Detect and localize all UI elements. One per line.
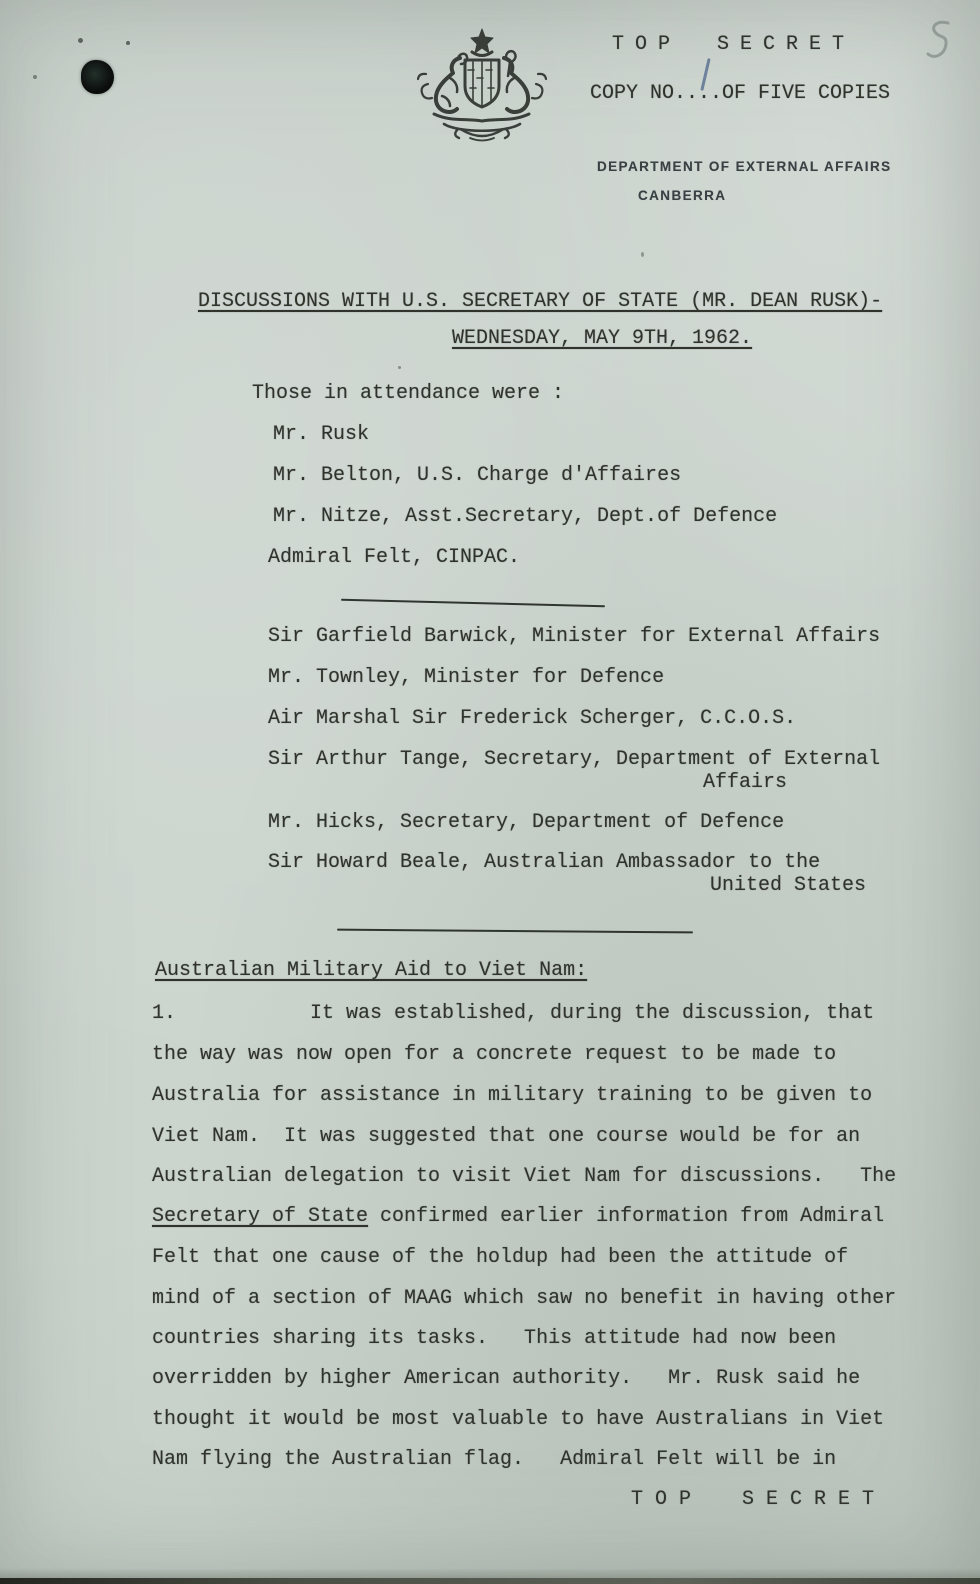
attendee-line: Sir Garfield Barwick, Minister for Exter… <box>268 626 880 648</box>
underlined-phrase: Secretary of State <box>152 1205 368 1228</box>
letterhead-city: CANBERRA <box>638 188 726 203</box>
paragraph-number: 1. <box>152 1003 176 1025</box>
attendee-line: Mr. Hicks, Secretary, Department of Defe… <box>268 812 784 834</box>
paragraph-line: Viet Nam. It was suggested that one cour… <box>152 1126 860 1148</box>
page-bottom-shadow <box>0 1568 980 1578</box>
attendee-line: Mr. Belton, U.S. Charge d'Affaires <box>273 465 681 487</box>
paragraph-line: mind of a section of MAAG which saw no b… <box>152 1288 896 1310</box>
copy-number-line: COPY NO....OF FIVE COPIES <box>590 83 890 105</box>
letterhead-department: DEPARTMENT OF EXTERNAL AFFAIRS <box>597 159 892 174</box>
paragraph-line: thought it would be most valuable to hav… <box>152 1409 884 1431</box>
paragraph-line: Secretary of State confirmed earlier inf… <box>152 1206 884 1228</box>
attendee-line: Mr. Rusk <box>273 424 369 446</box>
classification-bottom: TOP SECRET <box>631 1489 886 1511</box>
attendee-line: Air Marshal Sir Frederick Scherger, C.C.… <box>268 708 796 730</box>
attendee-line-continuation: United States <box>710 875 866 897</box>
attendee-line: Sir Howard Beale, Australian Ambassador … <box>268 852 820 874</box>
paragraph-line: Nam flying the Australian flag. Admiral … <box>152 1449 836 1471</box>
paper-speck <box>641 252 644 257</box>
attendee-line: Mr. Townley, Minister for Defence <box>268 667 664 689</box>
section-divider <box>337 929 693 934</box>
paragraph-line: Felt that one cause of the holdup had be… <box>152 1247 848 1269</box>
attendee-line: Sir Arthur Tange, Secretary, Department … <box>268 749 880 771</box>
document-title-line2: WEDNESDAY, MAY 9TH, 1962. <box>452 328 752 350</box>
paragraph-line: Australian delegation to visit Viet Nam … <box>152 1166 896 1188</box>
section-heading: Australian Military Aid to Viet Nam: <box>155 960 587 982</box>
page-bottom-edge <box>0 1578 980 1584</box>
punch-hole <box>81 60 114 94</box>
attendance-intro: Those in attendance were : <box>252 383 564 405</box>
paragraph-line: It was established, during the discussio… <box>310 1003 874 1025</box>
document-page: TOP SECRET COPY NO....OF FIVE COPIES DEP… <box>0 0 980 1584</box>
attendee-line: Admiral Felt, CINPAC. <box>268 547 520 569</box>
paragraph-line: the way was now open for a concrete requ… <box>152 1044 836 1066</box>
attendee-line-continuation: Affairs <box>703 772 787 794</box>
paragraph-line: overridden by higher American authority.… <box>152 1368 860 1390</box>
paper-speck <box>398 366 401 369</box>
attendee-line: Mr. Nitze, Asst.Secretary, Dept.of Defen… <box>273 506 777 528</box>
paper-speck <box>77 37 84 44</box>
document-title-line1: DISCUSSIONS WITH U.S. SECRETARY OF STATE… <box>198 291 882 313</box>
paragraph-line: countries sharing its tasks. This attitu… <box>152 1328 836 1350</box>
paragraph-line-rest: confirmed earlier information from Admir… <box>368 1205 884 1228</box>
paragraph-line: Australia for assistance in military tra… <box>152 1085 872 1107</box>
classification-top: TOP SECRET <box>612 34 855 56</box>
section-divider <box>341 599 605 608</box>
australian-coat-of-arms-icon <box>406 26 558 148</box>
handwritten-page-mark <box>922 18 956 64</box>
paper-speck <box>33 75 37 79</box>
paper-speck <box>126 41 130 45</box>
